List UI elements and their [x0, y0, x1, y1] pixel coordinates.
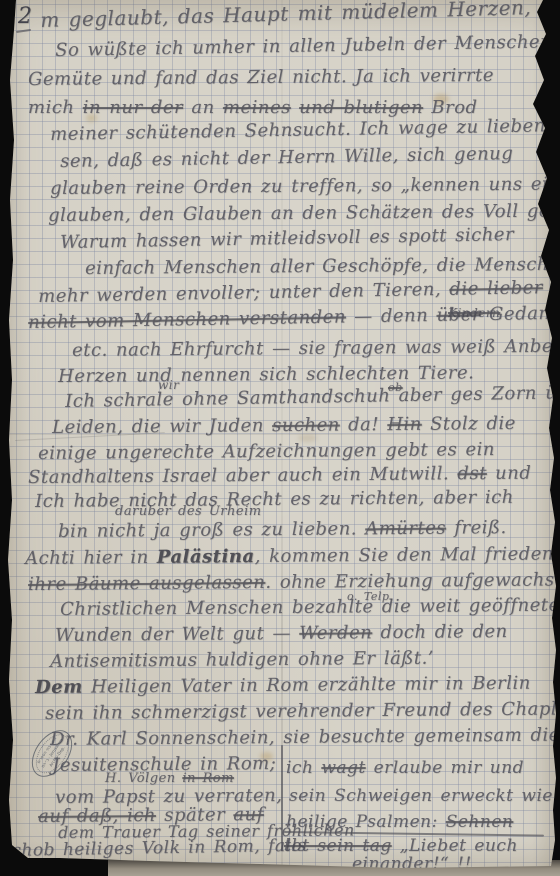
handwriting-line: einfach Menschen aller Geschöpfe, die Me…	[85, 254, 560, 279]
handwriting-line: heilige Psalmen: Sehnen	[286, 812, 513, 832]
handwriting-line: H. Völgen in Rom	[105, 771, 234, 786]
handwriting-line: einige ungerechte Aufzeichnungen gebt es…	[38, 439, 495, 464]
graph-paper-sheet: 2 m geglaubt, das Haupt mit müdelem Herz…	[0, 0, 560, 876]
handwriting-line: glauben, den Glauben an den Schätzen des…	[48, 200, 560, 226]
struck-text: über	[436, 304, 481, 326]
handwriting-text: darüber des Urheim	[115, 504, 262, 519]
handwriting-line: Dem Heiligen Vater in Rom erzählte mir i…	[35, 673, 531, 698]
page-number: 2	[18, 4, 32, 29]
handwriting-text: glauben reine Orden zu treffen, so „kenn…	[50, 173, 560, 199]
handwriting-line: Herzen und nennen sich schlechten Tiere.	[58, 362, 474, 387]
struck-text: in Rom	[182, 771, 234, 786]
handwriting-line: glauben reine Orden zu treffen, so „kenn…	[50, 173, 560, 199]
struck-text: Amürtes	[365, 518, 446, 540]
handwriting-text: „Liebet euch	[392, 836, 518, 856]
handwriting-line: sein ihn schmerzigst verehrender Freund …	[45, 698, 560, 724]
handwriting-text: Antisemitismus huldigen ohne Er läßt.’	[50, 648, 434, 672]
handwriting-text: einfach Menschen aller Geschöpfe, die Me…	[85, 254, 560, 279]
handwriting-line: schob heiliges Volk in Rom, falls	[2, 836, 307, 861]
struck-text: dst	[457, 463, 487, 484]
handwriting-text: Palästina	[157, 546, 255, 568]
handwriting-line: meiner schütenden Sehnsucht. Ich wage zu…	[50, 115, 552, 145]
handwriting-line: So wüßte ich umher in allen Jubeln der M…	[55, 31, 552, 61]
handwriting-text: Christlichen Menschen bezahlte die weit …	[60, 595, 560, 620]
handwriting-text: da!	[340, 414, 388, 435]
handwriting-text: Gemüte und fand das Ziel nicht. Ja ich v…	[28, 65, 494, 90]
handwriting-line: darüber des Urheim	[115, 504, 262, 519]
handwriting-text: So wüßte ich umher in allen Jubeln der M…	[55, 31, 552, 61]
handwriting-line: Wunden der Welt gut — Werden doch die de…	[55, 621, 508, 646]
handwriting-text: m geglaubt, das Haupt mit müdelem Herzen…	[40, 0, 540, 32]
struck-text: und blutigen	[299, 97, 423, 118]
handwriting-line: sen, daß es nicht der Herrn Wille, sich …	[60, 143, 514, 172]
handwriting-text: . ohne Erziehung aufgewachsen’	[265, 569, 560, 593]
handwriting-text: Heiligen Vater in Rom erzählte mir in Be…	[83, 673, 531, 698]
handwriting-text: Brod	[423, 97, 477, 118]
handwriting-text: Stolz die	[422, 413, 516, 435]
handwriting-text: sen, daß es nicht der Herrn Wille, sich …	[60, 143, 514, 172]
pencil-stroke	[281, 745, 283, 851]
handwriting-text: mehr werden envoller; unter den Tieren,	[38, 279, 450, 307]
handwriting-line: Warum hassen wir mitleidsvoll es spott s…	[60, 224, 514, 253]
handwriting-line: mehr werden envoller; unter den Tieren, …	[38, 277, 543, 307]
handwriting-text: ich	[286, 758, 321, 778]
handwriting-text: etc. nach Ehrfurcht — sie fragen was wei…	[72, 335, 560, 361]
handwriting-text: doch die den	[372, 621, 508, 643]
handwriting-text: Herzen und nennen sich schlechten Tiere.	[58, 362, 474, 387]
handwriting-line: m geglaubt, das Haupt mit müdelem Herzen…	[40, 0, 560, 32]
handwriting-text	[291, 97, 299, 118]
handwriting-line: etc. nach Ehrfurcht — sie fragen was wei…	[72, 335, 560, 361]
handwriting-text: bin nicht ja groß es zu lieben.	[58, 518, 365, 542]
handwriting-text: Wunden der Welt gut —	[55, 623, 299, 646]
handwriting-line: sein Schweigen erweckt wie in	[289, 786, 560, 806]
struck-text: tot sein tag	[284, 836, 392, 856]
struck-text: wagt	[321, 758, 365, 778]
struck-text: ihre Bäume ausgelassen	[28, 572, 265, 595]
handwriting-text: Standhaltens Israel aber auch ein Mutwil…	[28, 463, 457, 488]
struck-text: Sehnen	[446, 812, 514, 832]
handwriting-text: schob heiliges Volk in Rom, falls	[2, 836, 307, 861]
struck-text: Hin	[387, 414, 422, 435]
handwriting-text: Dem	[35, 677, 83, 698]
handwriting-text: erlaube mir und	[366, 758, 524, 778]
handwriting-text: mich	[28, 97, 83, 118]
handwriting-text: — denn	[346, 305, 437, 328]
struck-text: Werden	[299, 622, 372, 644]
struck-text: nicht vom Menschen verstanden	[28, 306, 346, 333]
paper-stain	[540, 196, 548, 211]
handwriting-line: Gemüte und fand das Ziel nicht. Ja ich v…	[28, 65, 494, 90]
handwriting-text: , kommen Sie den Mal frieden	[255, 543, 555, 567]
struck-text: denn	[540, 0, 560, 19]
handwriting-text: Warum hassen wir mitleidsvoll es spott s…	[60, 224, 514, 253]
handwriting-text: an	[183, 97, 223, 118]
handwriting-line: Dr. Karl Sonnenschein, sie besuchte geme…	[50, 725, 560, 750]
struck-text: in nur der	[83, 97, 183, 118]
handwriting-line: Antisemitismus huldigen ohne Er läßt.’	[50, 648, 434, 672]
handwriting-text: Achti hier in	[25, 547, 157, 569]
handwriting-text: sein ihn schmerzigst verehrender Freund …	[45, 698, 560, 724]
handwriting-line: Standhaltens Israel aber auch ein Mutwil…	[28, 463, 531, 488]
handwriting-text: freiß.	[446, 517, 507, 539]
handwriting-line: Achti hier in Palästina, kommen Sie den …	[25, 543, 554, 569]
pencil-stroke	[16, 29, 31, 33]
scanned-manuscript-page: 2 m geglaubt, das Haupt mit müdelem Herz…	[0, 0, 560, 876]
handwriting-text: H. Völgen	[105, 771, 182, 786]
handwriting-line: bin nicht ja groß es zu lieben. Amürtes …	[58, 517, 507, 542]
handwriting-text: Ich habe nicht das Recht es zu richten, …	[35, 487, 514, 512]
handwriting-text: und	[487, 463, 532, 484]
handwriting-line: Christlichen Menschen bezahlte die weit …	[60, 595, 560, 620]
struck-text: die lieber	[449, 277, 543, 300]
handwriting-line: nicht vom Menschen verstanden — denn übe…	[28, 302, 560, 333]
handwriting-text: glauben, den Glauben an den Schätzen des…	[48, 200, 560, 226]
handwriting-text: einige ungerechte Aufzeichnungen gebt es…	[38, 439, 495, 464]
handwriting-text: Dr. Karl Sonnenschein, sie besuchte geme…	[50, 725, 560, 750]
handwriting-text: sein Schweigen erweckt wie in	[289, 786, 560, 806]
struck-text: suchen	[272, 414, 340, 436]
handwriting-text: heilige Psalmen:	[286, 812, 446, 832]
handwriting-line: mich in nur der an meines und blutigen B…	[28, 97, 478, 118]
handwriting-text: Gedanken	[481, 302, 560, 325]
handwriting-line: Ich habe nicht das Recht es zu richten, …	[35, 487, 514, 512]
handwriting-text: meiner schütenden Sehnsucht. Ich wage zu…	[50, 115, 552, 145]
struck-text: meines	[223, 97, 291, 118]
handwriting-line: ich wagt erlaube mir und	[286, 758, 524, 778]
handwriting-text: Leiden, die wir Juden	[52, 415, 272, 438]
handwriting-line: ihre Bäume ausgelassen. ohne Erziehung a…	[28, 569, 560, 595]
handwriting-line: tot sein tag „Liebet euch	[284, 836, 518, 856]
